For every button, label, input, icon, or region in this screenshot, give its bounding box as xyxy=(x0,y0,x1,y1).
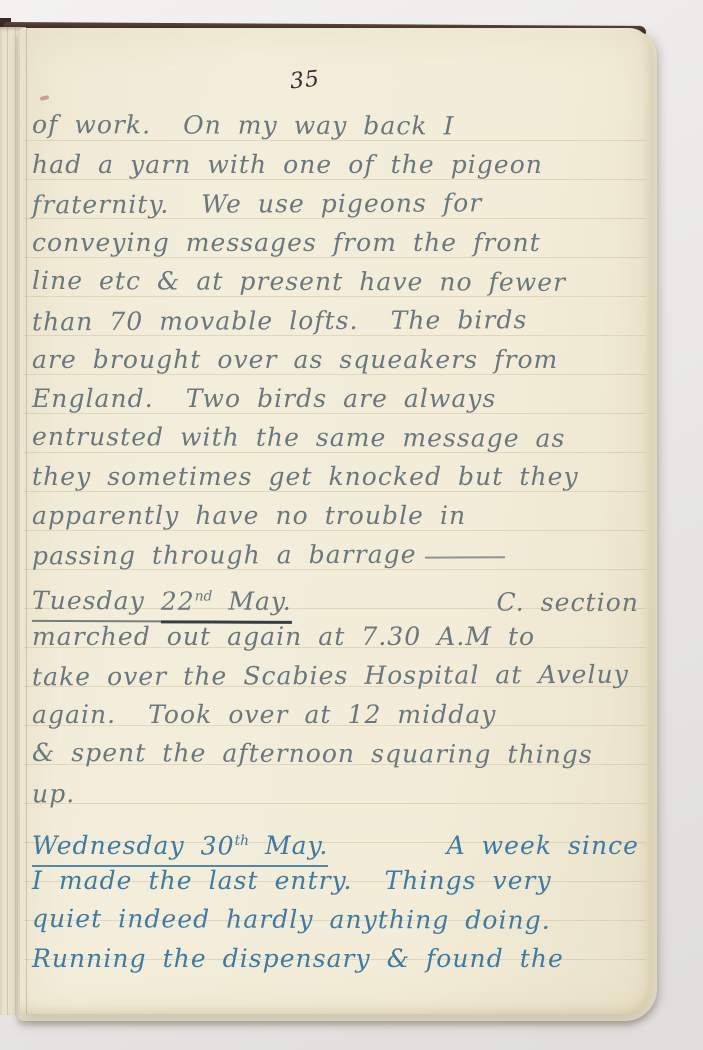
handwriting-text: quiet indeed hardly anything doing. xyxy=(32,899,551,940)
handwritten-line: Wednesday 30th May.A week since xyxy=(32,822,643,861)
scan-background: 35 of work. On my way back Ihad a yarn w… xyxy=(0,0,703,1050)
handwriting-text: fraternity. We use pigeons for xyxy=(32,183,482,224)
handwriting-text: again. Took over at 12 midday xyxy=(32,695,496,734)
ink-speck xyxy=(40,95,50,101)
handwriting-text: I made the last entry. Things very xyxy=(32,861,552,900)
handwritten-line: England. Two birds are always xyxy=(32,379,643,418)
handwritten-line: & spent the afternoon squaring things xyxy=(32,733,643,774)
entry-date-heading: May. xyxy=(212,582,292,624)
handwritten-line: of work. On my way back I xyxy=(32,105,643,146)
handwriting-text: take over the Scabies Hospital at Aveluy xyxy=(32,655,629,697)
handwriting-text: apparently have no trouble in xyxy=(32,496,466,535)
handwriting-text: than 70 movable lofts. The birds xyxy=(32,300,528,341)
handwritten-line: line etc & at present have no fewer xyxy=(32,261,643,302)
handwriting-text: had a yarn with one of the pigeon xyxy=(32,145,543,184)
notebook-page: 35 of work. On my way back Ihad a yarn w… xyxy=(20,28,651,1014)
handwritten-line: than 70 movable lofts. The birds xyxy=(32,300,643,342)
handwritten-line: passing through a barrage xyxy=(32,534,643,576)
handwriting-text: passing through a barrage xyxy=(32,535,417,576)
handwriting-text: A week since xyxy=(447,826,639,865)
entry-date-heading: 22nd xyxy=(161,577,213,624)
handwriting-text: C. section xyxy=(496,583,639,622)
handwritten-line: entrusted with the same message as xyxy=(32,417,643,458)
pen-flourish xyxy=(425,556,505,558)
entry-date-heading: Tuesday xyxy=(32,581,161,622)
handwritten-line: apparently have no trouble in xyxy=(32,496,643,535)
handwriting-text: England. Two birds are always xyxy=(32,379,496,418)
handwritten-line: take over the Scabies Hospital at Aveluy xyxy=(32,655,643,697)
handwritten-line: up. xyxy=(32,772,643,814)
handwriting-text: of work. On my way back I xyxy=(32,105,455,145)
handwritten-line: they sometimes get knocked but they xyxy=(32,457,643,496)
handwritten-line: I made the last entry. Things very xyxy=(32,861,643,900)
handwriting-text: entrusted with the same message as xyxy=(32,417,566,458)
page-number: 35 xyxy=(289,67,321,95)
handwritten-line: Running the dispensary & found the xyxy=(32,939,643,978)
handwriting-text: line etc & at present have no fewer xyxy=(32,261,566,302)
handwriting-text: conveying messages from the front xyxy=(32,223,541,262)
handwritten-line: conveying messages from the front xyxy=(32,223,643,262)
handwriting-text: Running the dispensary & found the xyxy=(32,939,564,978)
handwritten-line: again. Took over at 12 midday xyxy=(32,695,643,734)
handwriting-text: they sometimes get knocked but they xyxy=(32,457,579,496)
handwriting-text: are brought over as squeakers from xyxy=(32,340,558,379)
handwritten-line: Tuesday 22nd May.C. section xyxy=(32,577,643,618)
handwriting-block: of work. On my way back Ihad a yarn with… xyxy=(32,106,643,978)
handwriting-text: up. xyxy=(32,774,75,813)
handwritten-line: marched out again at 7.30 A.M to xyxy=(32,617,643,656)
handwritten-line: are brought over as squeakers from xyxy=(32,340,643,379)
handwritten-line: quiet indeed hardly anything doing. xyxy=(32,899,643,940)
handwritten-line: had a yarn with one of the pigeon xyxy=(32,145,643,184)
handwriting-text: & spent the afternoon squaring things xyxy=(32,733,593,774)
handwritten-line: fraternity. We use pigeons for xyxy=(32,183,643,225)
